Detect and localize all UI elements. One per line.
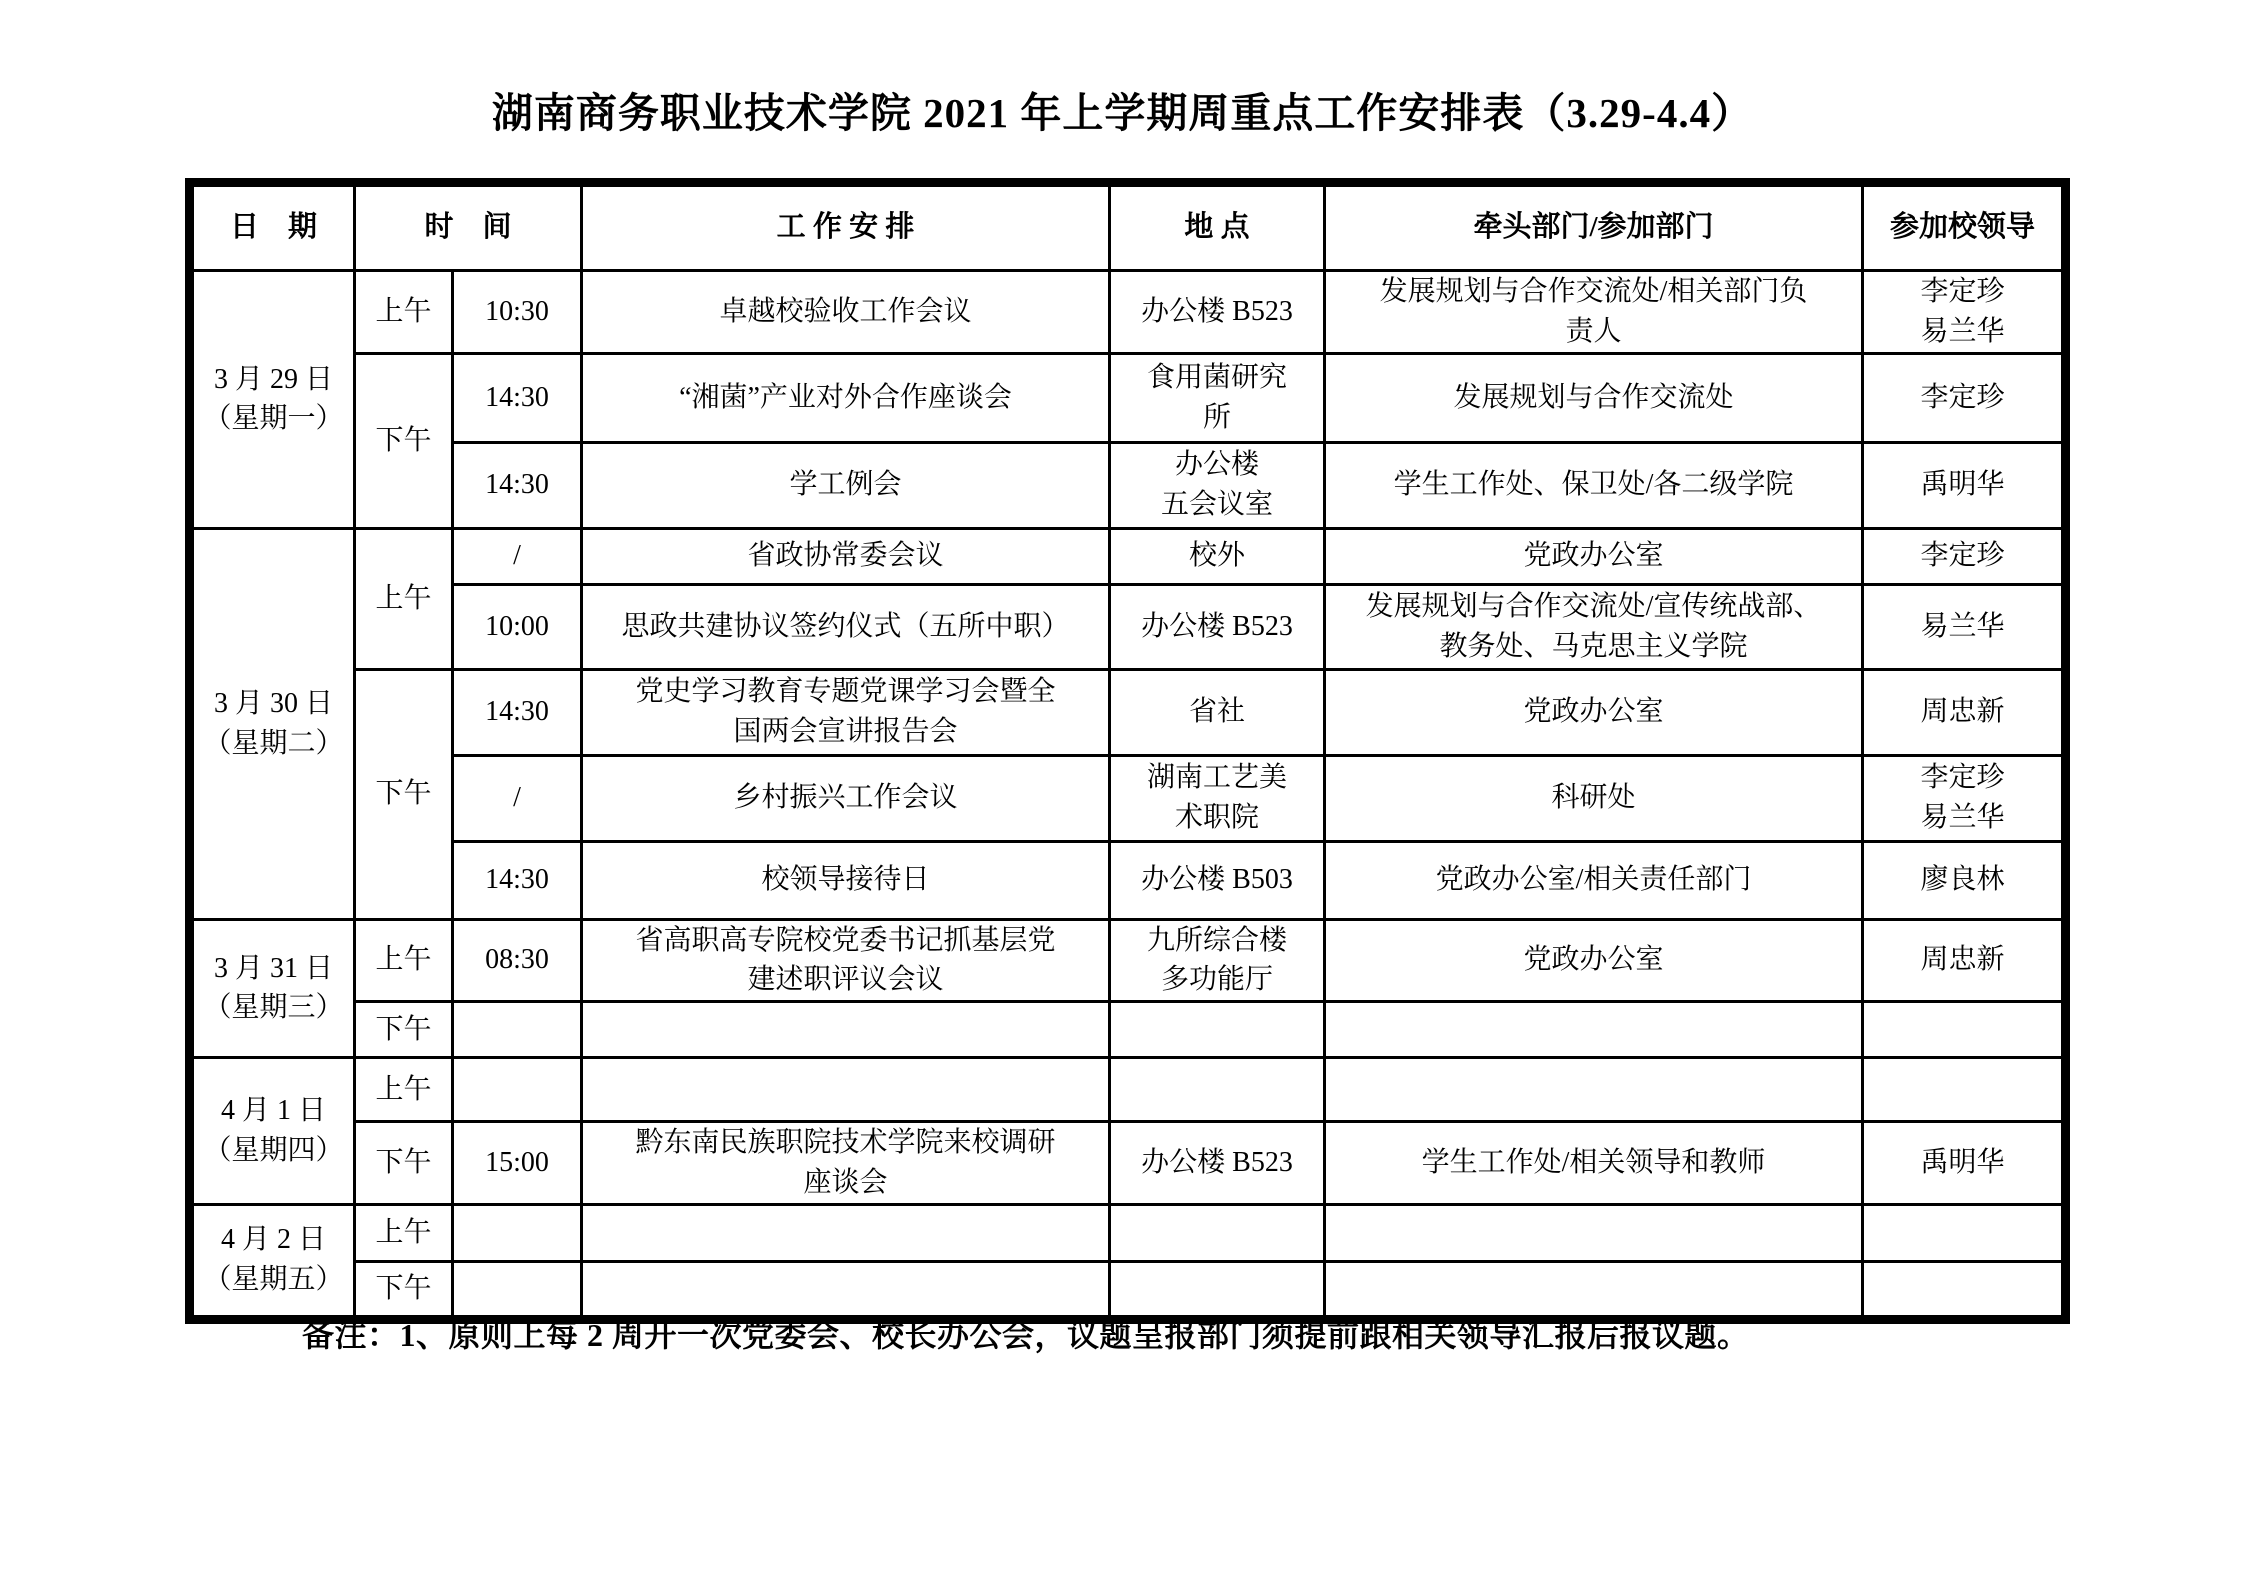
time-cell: 10:30 bbox=[453, 271, 582, 354]
header-work: 工 作 安 排 bbox=[582, 183, 1110, 271]
ampm-cell: 下午 bbox=[355, 1122, 453, 1205]
dept-cell bbox=[1325, 1058, 1863, 1122]
work-cell: 省高职高专院校党委书记抓基层党 建述职评议会议 bbox=[582, 919, 1110, 1002]
leaders-cell: 易兰华 bbox=[1863, 584, 2066, 669]
table-row: 10:00 思政共建协议签约仪式（五所中职） 办公楼 B523 发展规划与合作交… bbox=[190, 584, 2066, 669]
dept-cell: 学生工作处、保卫处/各二级学院 bbox=[1325, 442, 1863, 528]
leaders-cell bbox=[1863, 1058, 2066, 1122]
place-cell: 办公楼 B523 bbox=[1110, 584, 1325, 669]
date-cell: 3 月 31 日 （星期三） bbox=[190, 919, 355, 1058]
time-cell: 14:30 bbox=[453, 841, 582, 919]
place-cell bbox=[1110, 1002, 1325, 1058]
place-cell: 食用菌研究 所 bbox=[1110, 353, 1325, 442]
dept-cell: 科研处 bbox=[1325, 755, 1863, 841]
time-cell bbox=[453, 1204, 582, 1261]
header-date: 日 期 bbox=[190, 183, 355, 271]
time-cell: 14:30 bbox=[453, 442, 582, 528]
leaders-cell bbox=[1863, 1204, 2066, 1261]
leaders-cell: 廖良林 bbox=[1863, 841, 2066, 919]
place-cell: 校外 bbox=[1110, 528, 1325, 584]
table-row: 3 月 30 日 （星期二） 上午 / 省政协常委会议 校外 党政办公室 李定珍 bbox=[190, 528, 2066, 584]
header-dept: 牵头部门/参加部门 bbox=[1325, 183, 1863, 271]
work-cell: “湘菌”产业对外合作座谈会 bbox=[582, 353, 1110, 442]
place-cell: 办公楼 B503 bbox=[1110, 841, 1325, 919]
table-row: 下午 bbox=[190, 1002, 2066, 1058]
work-cell: 黔东南民族职院技术学院来校调研 座谈会 bbox=[582, 1122, 1110, 1205]
work-cell bbox=[582, 1002, 1110, 1058]
date-cell: 3 月 30 日 （星期二） bbox=[190, 528, 355, 919]
work-cell: 卓越校验收工作会议 bbox=[582, 271, 1110, 354]
place-cell bbox=[1110, 1204, 1325, 1261]
header-place: 地 点 bbox=[1110, 183, 1325, 271]
ampm-cell: 上午 bbox=[355, 919, 453, 1002]
document-page: 湖南商务职业技术学院 2021 年上学期周重点工作安排表（3.29-4.4） 日… bbox=[0, 0, 2245, 1587]
dept-cell: 发展规划与合作交流处/宣传统战部、 教务处、马克思主义学院 bbox=[1325, 584, 1863, 669]
date-cell: 4 月 1 日 （星期四） bbox=[190, 1058, 355, 1205]
work-cell bbox=[582, 1058, 1110, 1122]
table-row: 14:30 校领导接待日 办公楼 B503 党政办公室/相关责任部门 廖良林 bbox=[190, 841, 2066, 919]
leaders-cell: 禹明华 bbox=[1863, 442, 2066, 528]
table-row: / 乡村振兴工作会议 湖南工艺美 术职院 科研处 李定珍 易兰华 bbox=[190, 755, 2066, 841]
place-cell: 办公楼 五会议室 bbox=[1110, 442, 1325, 528]
leaders-cell: 周忠新 bbox=[1863, 669, 2066, 755]
dept-cell: 党政办公室 bbox=[1325, 919, 1863, 1002]
dept-cell: 党政办公室/相关责任部门 bbox=[1325, 841, 1863, 919]
table-row: 下午 14:30 “湘菌”产业对外合作座谈会 食用菌研究 所 发展规划与合作交流… bbox=[190, 353, 2066, 442]
table-row: 4 月 1 日 （星期四） 上午 bbox=[190, 1058, 2066, 1122]
header-time: 时 间 bbox=[355, 183, 582, 271]
ampm-cell: 上午 bbox=[355, 271, 453, 354]
ampm-cell: 上午 bbox=[355, 1204, 453, 1261]
work-cell bbox=[582, 1204, 1110, 1261]
dept-cell: 学生工作处/相关领导和教师 bbox=[1325, 1122, 1863, 1205]
work-cell: 省政协常委会议 bbox=[582, 528, 1110, 584]
time-cell: 15:00 bbox=[453, 1122, 582, 1205]
table-row: 3 月 31 日 （星期三） 上午 08:30 省高职高专院校党委书记抓基层党 … bbox=[190, 919, 2066, 1002]
work-cell: 校领导接待日 bbox=[582, 841, 1110, 919]
time-cell bbox=[453, 1002, 582, 1058]
leaders-cell: 李定珍 bbox=[1863, 353, 2066, 442]
dept-cell: 党政办公室 bbox=[1325, 528, 1863, 584]
place-cell: 省社 bbox=[1110, 669, 1325, 755]
ampm-cell: 下午 bbox=[355, 1002, 453, 1058]
header-leaders: 参加校领导 bbox=[1863, 183, 2066, 271]
table-row: 14:30 学工例会 办公楼 五会议室 学生工作处、保卫处/各二级学院 禹明华 bbox=[190, 442, 2066, 528]
table-row: 下午 14:30 党史学习教育专题党课学习会暨全 国两会宣讲报告会 省社 党政办… bbox=[190, 669, 2066, 755]
ampm-cell: 上午 bbox=[355, 528, 453, 669]
table-row: 4 月 2 日 （星期五） 上午 bbox=[190, 1204, 2066, 1261]
leaders-cell: 周忠新 bbox=[1863, 919, 2066, 1002]
leaders-cell: 李定珍 bbox=[1863, 528, 2066, 584]
work-cell: 思政共建协议签约仪式（五所中职） bbox=[582, 584, 1110, 669]
place-cell: 办公楼 B523 bbox=[1110, 1122, 1325, 1205]
leaders-cell: 禹明华 bbox=[1863, 1122, 2066, 1205]
place-cell: 办公楼 B523 bbox=[1110, 271, 1325, 354]
time-cell bbox=[453, 1058, 582, 1122]
date-cell: 3 月 29 日 （星期一） bbox=[190, 271, 355, 529]
leaders-cell: 李定珍 易兰华 bbox=[1863, 755, 2066, 841]
ampm-cell: 上午 bbox=[355, 1058, 453, 1122]
time-cell: / bbox=[453, 755, 582, 841]
work-cell: 学工例会 bbox=[582, 442, 1110, 528]
footnote: 备注：1、原则上每 2 周开一次党委会、校长办公会，议题呈报部门须提前跟相关领导… bbox=[302, 1310, 1750, 1356]
dept-cell: 发展规划与合作交流处/相关部门负 责人 bbox=[1325, 271, 1863, 354]
work-cell: 党史学习教育专题党课学习会暨全 国两会宣讲报告会 bbox=[582, 669, 1110, 755]
time-cell: 08:30 bbox=[453, 919, 582, 1002]
time-cell: / bbox=[453, 528, 582, 584]
date-cell: 4 月 2 日 （星期五） bbox=[190, 1204, 355, 1319]
leaders-cell bbox=[1863, 1261, 2066, 1319]
leaders-cell bbox=[1863, 1002, 2066, 1058]
dept-cell bbox=[1325, 1204, 1863, 1261]
place-cell bbox=[1110, 1058, 1325, 1122]
header-row: 日 期 时 间 工 作 安 排 地 点 牵头部门/参加部门 参加校领导 bbox=[190, 183, 2066, 271]
time-cell: 10:00 bbox=[453, 584, 582, 669]
time-cell: 14:30 bbox=[453, 353, 582, 442]
dept-cell: 党政办公室 bbox=[1325, 669, 1863, 755]
leaders-cell: 李定珍 易兰华 bbox=[1863, 271, 2066, 354]
dept-cell bbox=[1325, 1002, 1863, 1058]
schedule-table: 日 期 时 间 工 作 安 排 地 点 牵头部门/参加部门 参加校领导 3 月 … bbox=[185, 178, 2070, 1324]
place-cell: 九所综合楼 多功能厅 bbox=[1110, 919, 1325, 1002]
ampm-cell: 下午 bbox=[355, 353, 453, 528]
page-title: 湖南商务职业技术学院 2021 年上学期周重点工作安排表（3.29-4.4） bbox=[0, 80, 2245, 139]
table-row: 3 月 29 日 （星期一） 上午 10:30 卓越校验收工作会议 办公楼 B5… bbox=[190, 271, 2066, 354]
work-cell: 乡村振兴工作会议 bbox=[582, 755, 1110, 841]
dept-cell: 发展规划与合作交流处 bbox=[1325, 353, 1863, 442]
time-cell: 14:30 bbox=[453, 669, 582, 755]
place-cell: 湖南工艺美 术职院 bbox=[1110, 755, 1325, 841]
table-row: 下午 15:00 黔东南民族职院技术学院来校调研 座谈会 办公楼 B523 学生… bbox=[190, 1122, 2066, 1205]
ampm-cell: 下午 bbox=[355, 669, 453, 919]
